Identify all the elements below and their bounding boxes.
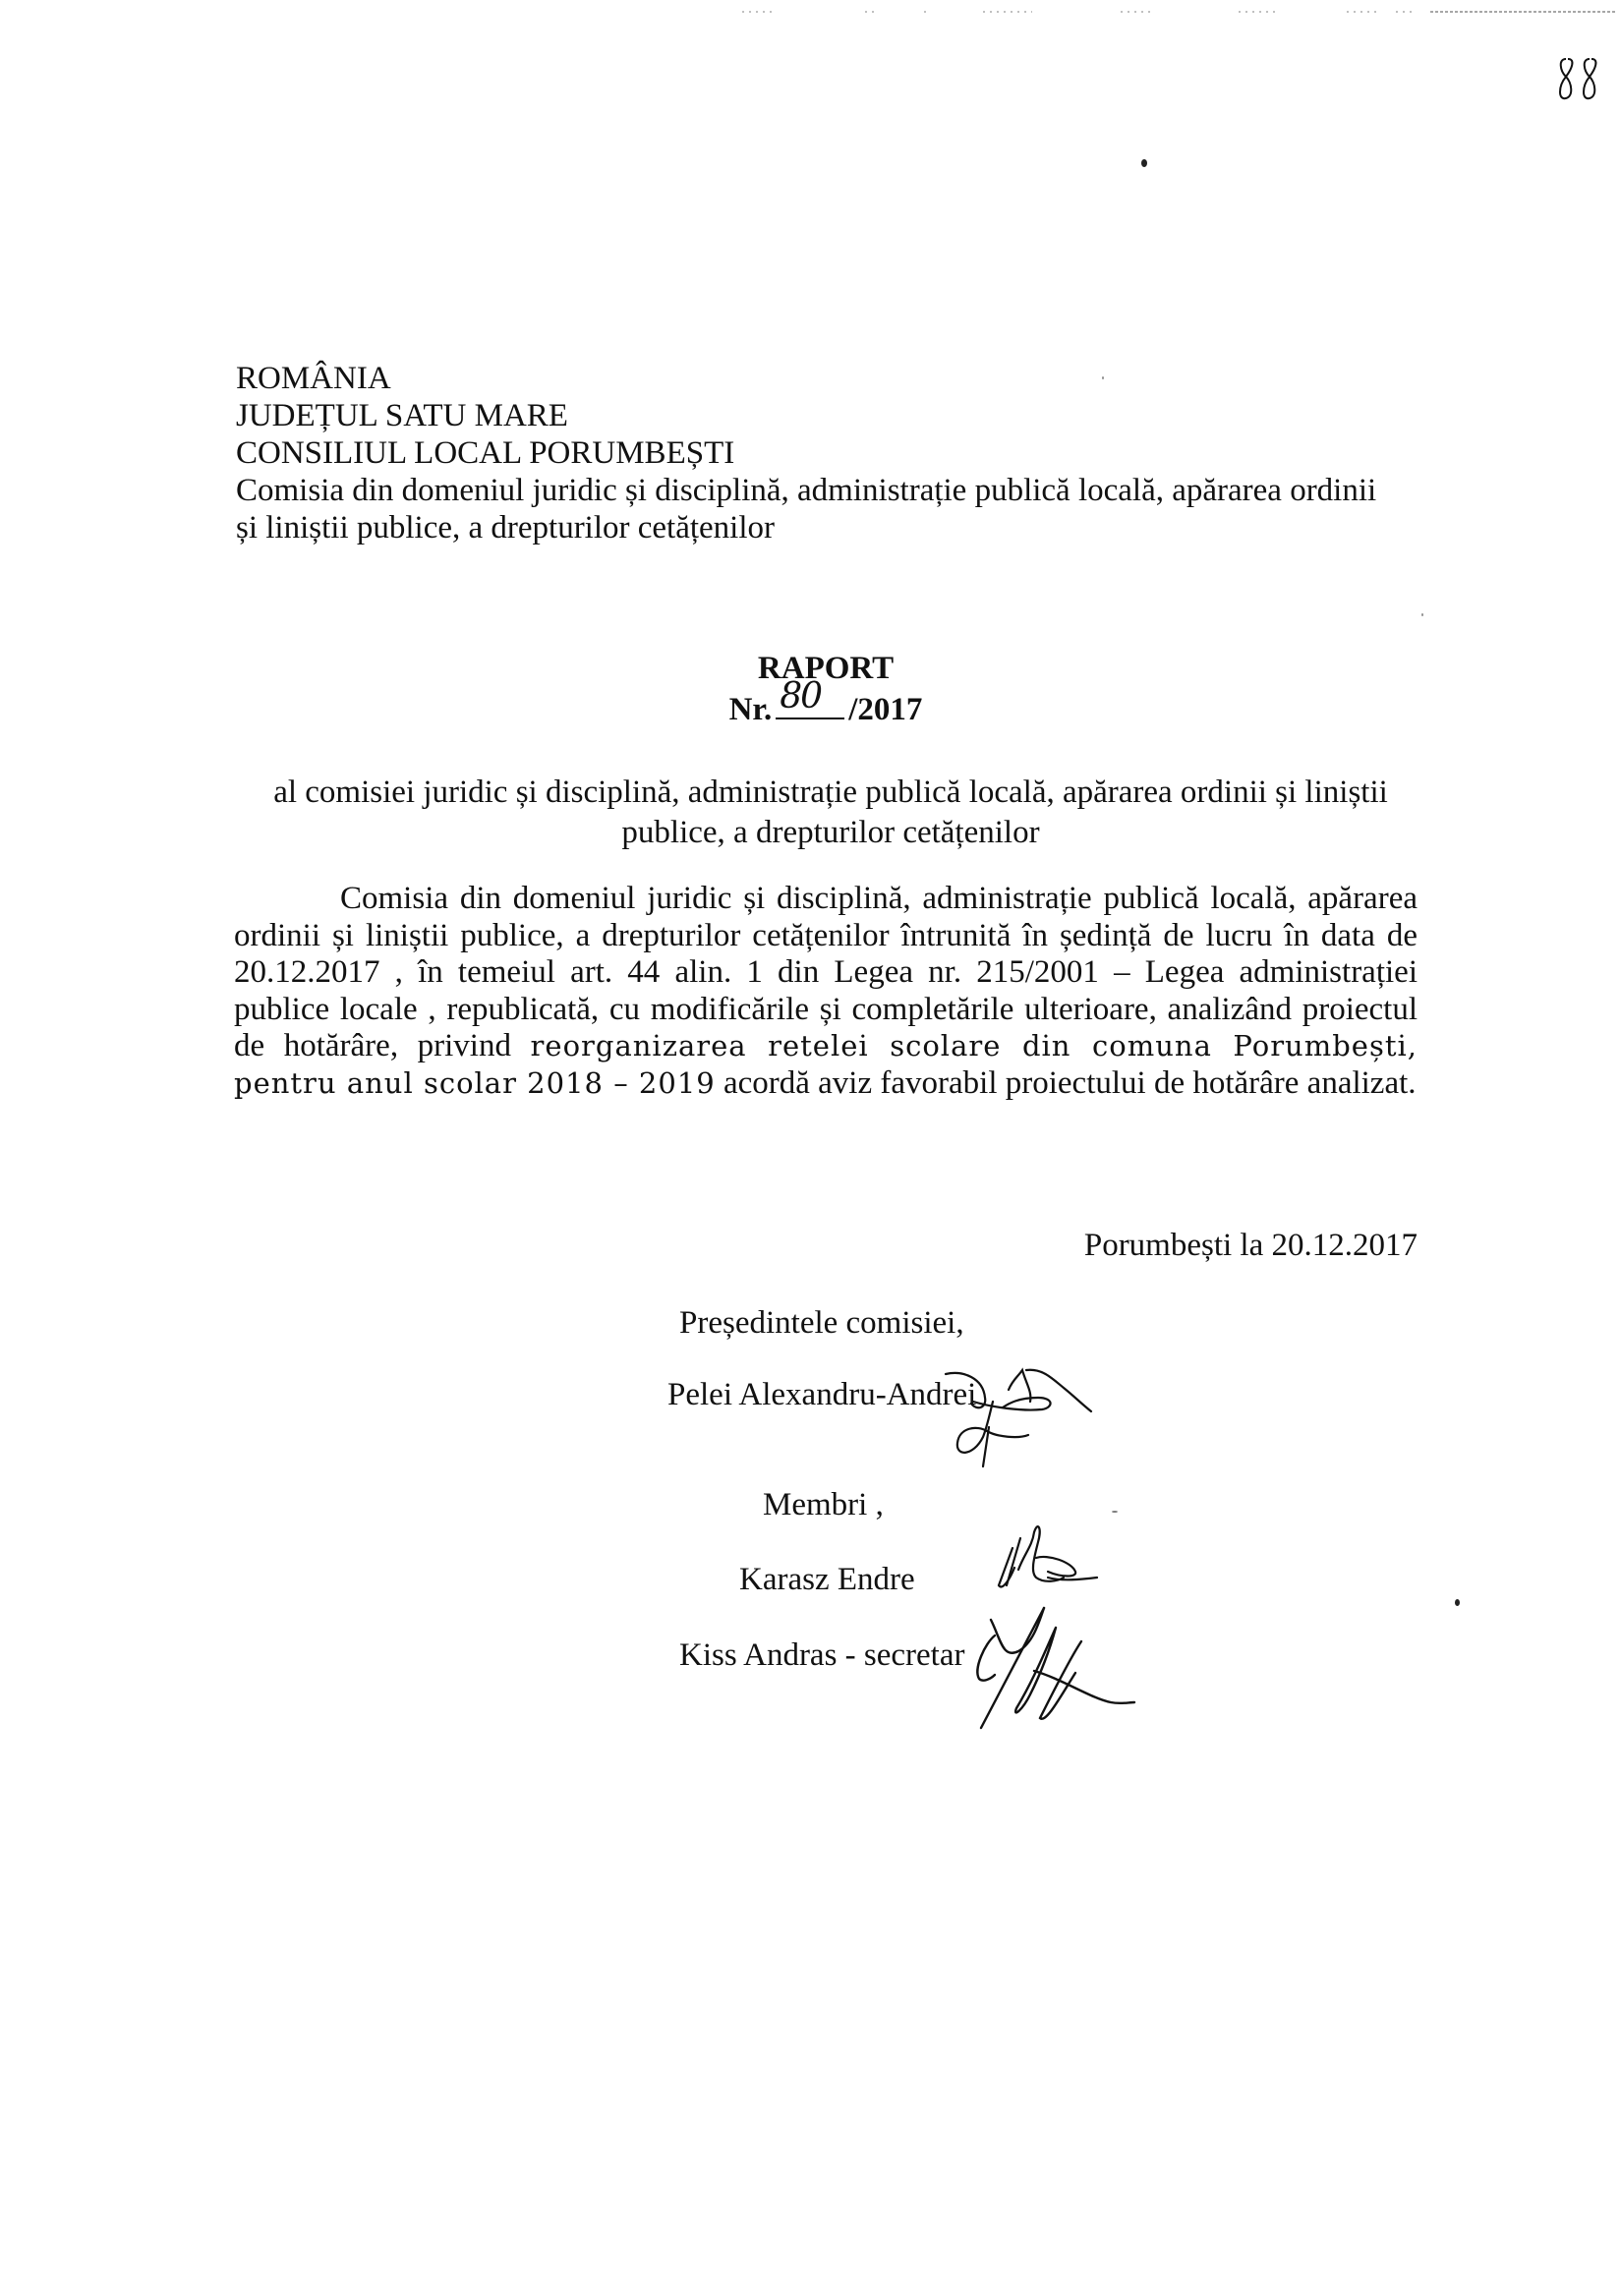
report-number-prefix: Nr. bbox=[729, 692, 773, 727]
header-committee-line1: Comisia din domeniul juridic și discipli… bbox=[236, 472, 1376, 509]
report-number-handwritten: 80 bbox=[780, 676, 821, 717]
document-subtitle: al comisiei juridic și disciplină, admin… bbox=[246, 773, 1416, 853]
members-label: Membri , bbox=[763, 1487, 884, 1523]
member-name-1: Karasz Endre bbox=[739, 1562, 915, 1598]
page-number: 88 bbox=[1556, 55, 1607, 107]
body-paragraph: Comisia din domeniul juridic și discipli… bbox=[234, 881, 1417, 1102]
president-signature-icon bbox=[944, 1368, 1121, 1476]
report-number-year: /2017 bbox=[848, 692, 922, 727]
header-council: CONSILIUL LOCAL PORUMBEȘTI bbox=[236, 434, 1376, 472]
member1-signature-icon bbox=[993, 1519, 1111, 1597]
document-header: ROMÂNIA JUDEȚUL SATU MARE CONSILIUL LOCA… bbox=[236, 360, 1376, 546]
body-text-part3: acordă aviz favorabil proiectului de hot… bbox=[716, 1065, 1417, 1101]
member2-signature-icon bbox=[973, 1600, 1150, 1738]
president-name: Pelei Alexandru-Andrei bbox=[667, 1377, 976, 1413]
member-name-2: Kiss Andras - secretar bbox=[679, 1637, 965, 1674]
report-number: Nr.80/2017 bbox=[0, 690, 1620, 728]
header-committee-line2: și liniștii publice, a drepturilor cetăț… bbox=[236, 509, 1376, 546]
place-date: Porumbești la 20.12.2017 bbox=[1084, 1228, 1417, 1264]
handwritten-page-number-icon bbox=[1556, 55, 1607, 102]
header-county: JUDEȚUL SATU MARE bbox=[236, 397, 1376, 434]
report-number-field: 80 bbox=[776, 690, 844, 719]
president-label: Președintele comisiei, bbox=[679, 1305, 964, 1342]
header-country: ROMÂNIA bbox=[236, 360, 1376, 397]
